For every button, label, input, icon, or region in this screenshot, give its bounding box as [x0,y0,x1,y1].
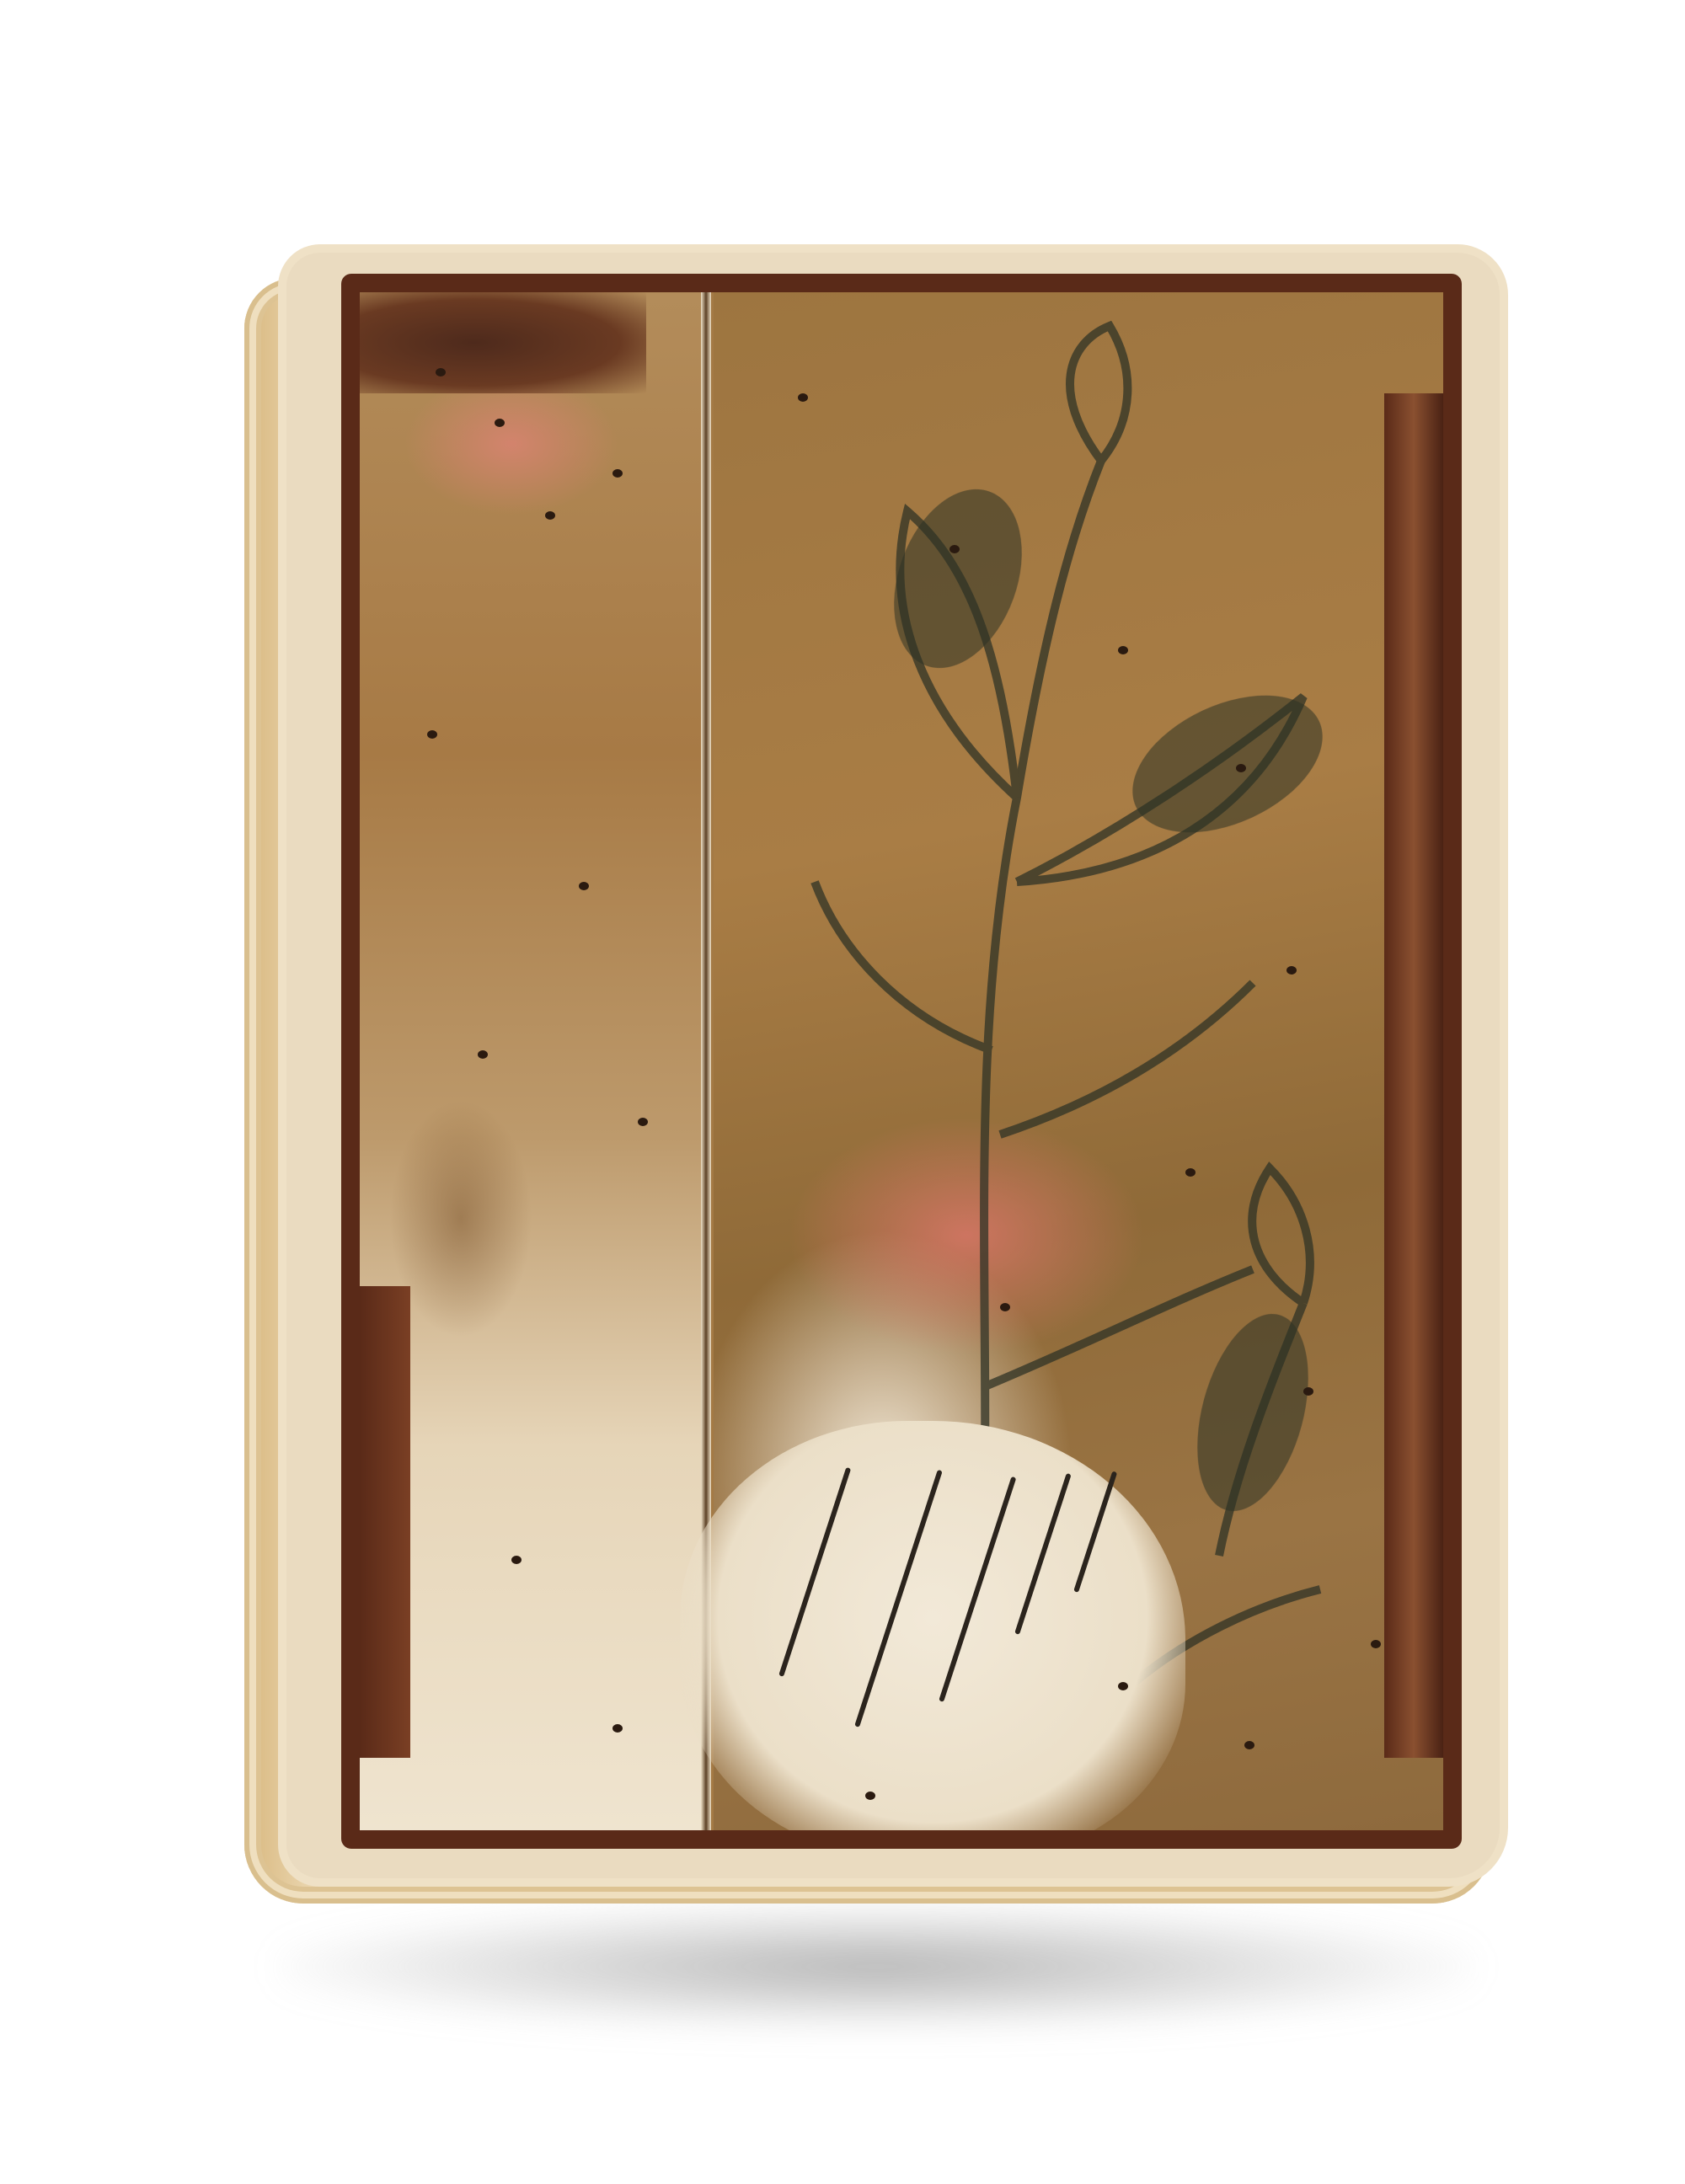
left-panel [360,292,705,1830]
script-line [1073,1471,1117,1593]
exposed-script-area [680,1421,1185,1849]
script-line [939,1476,1016,1702]
cover-frame [341,274,1462,1849]
script-line [1014,1473,1072,1635]
drop-shadow [278,1904,1474,2030]
leather-remnant-left [360,1286,410,1758]
leather-spine [1384,393,1443,1758]
leather-remnant-top [360,292,646,393]
script-line [778,1467,851,1677]
script-line [854,1470,943,1727]
manuscript-photo [0,0,1685,2184]
